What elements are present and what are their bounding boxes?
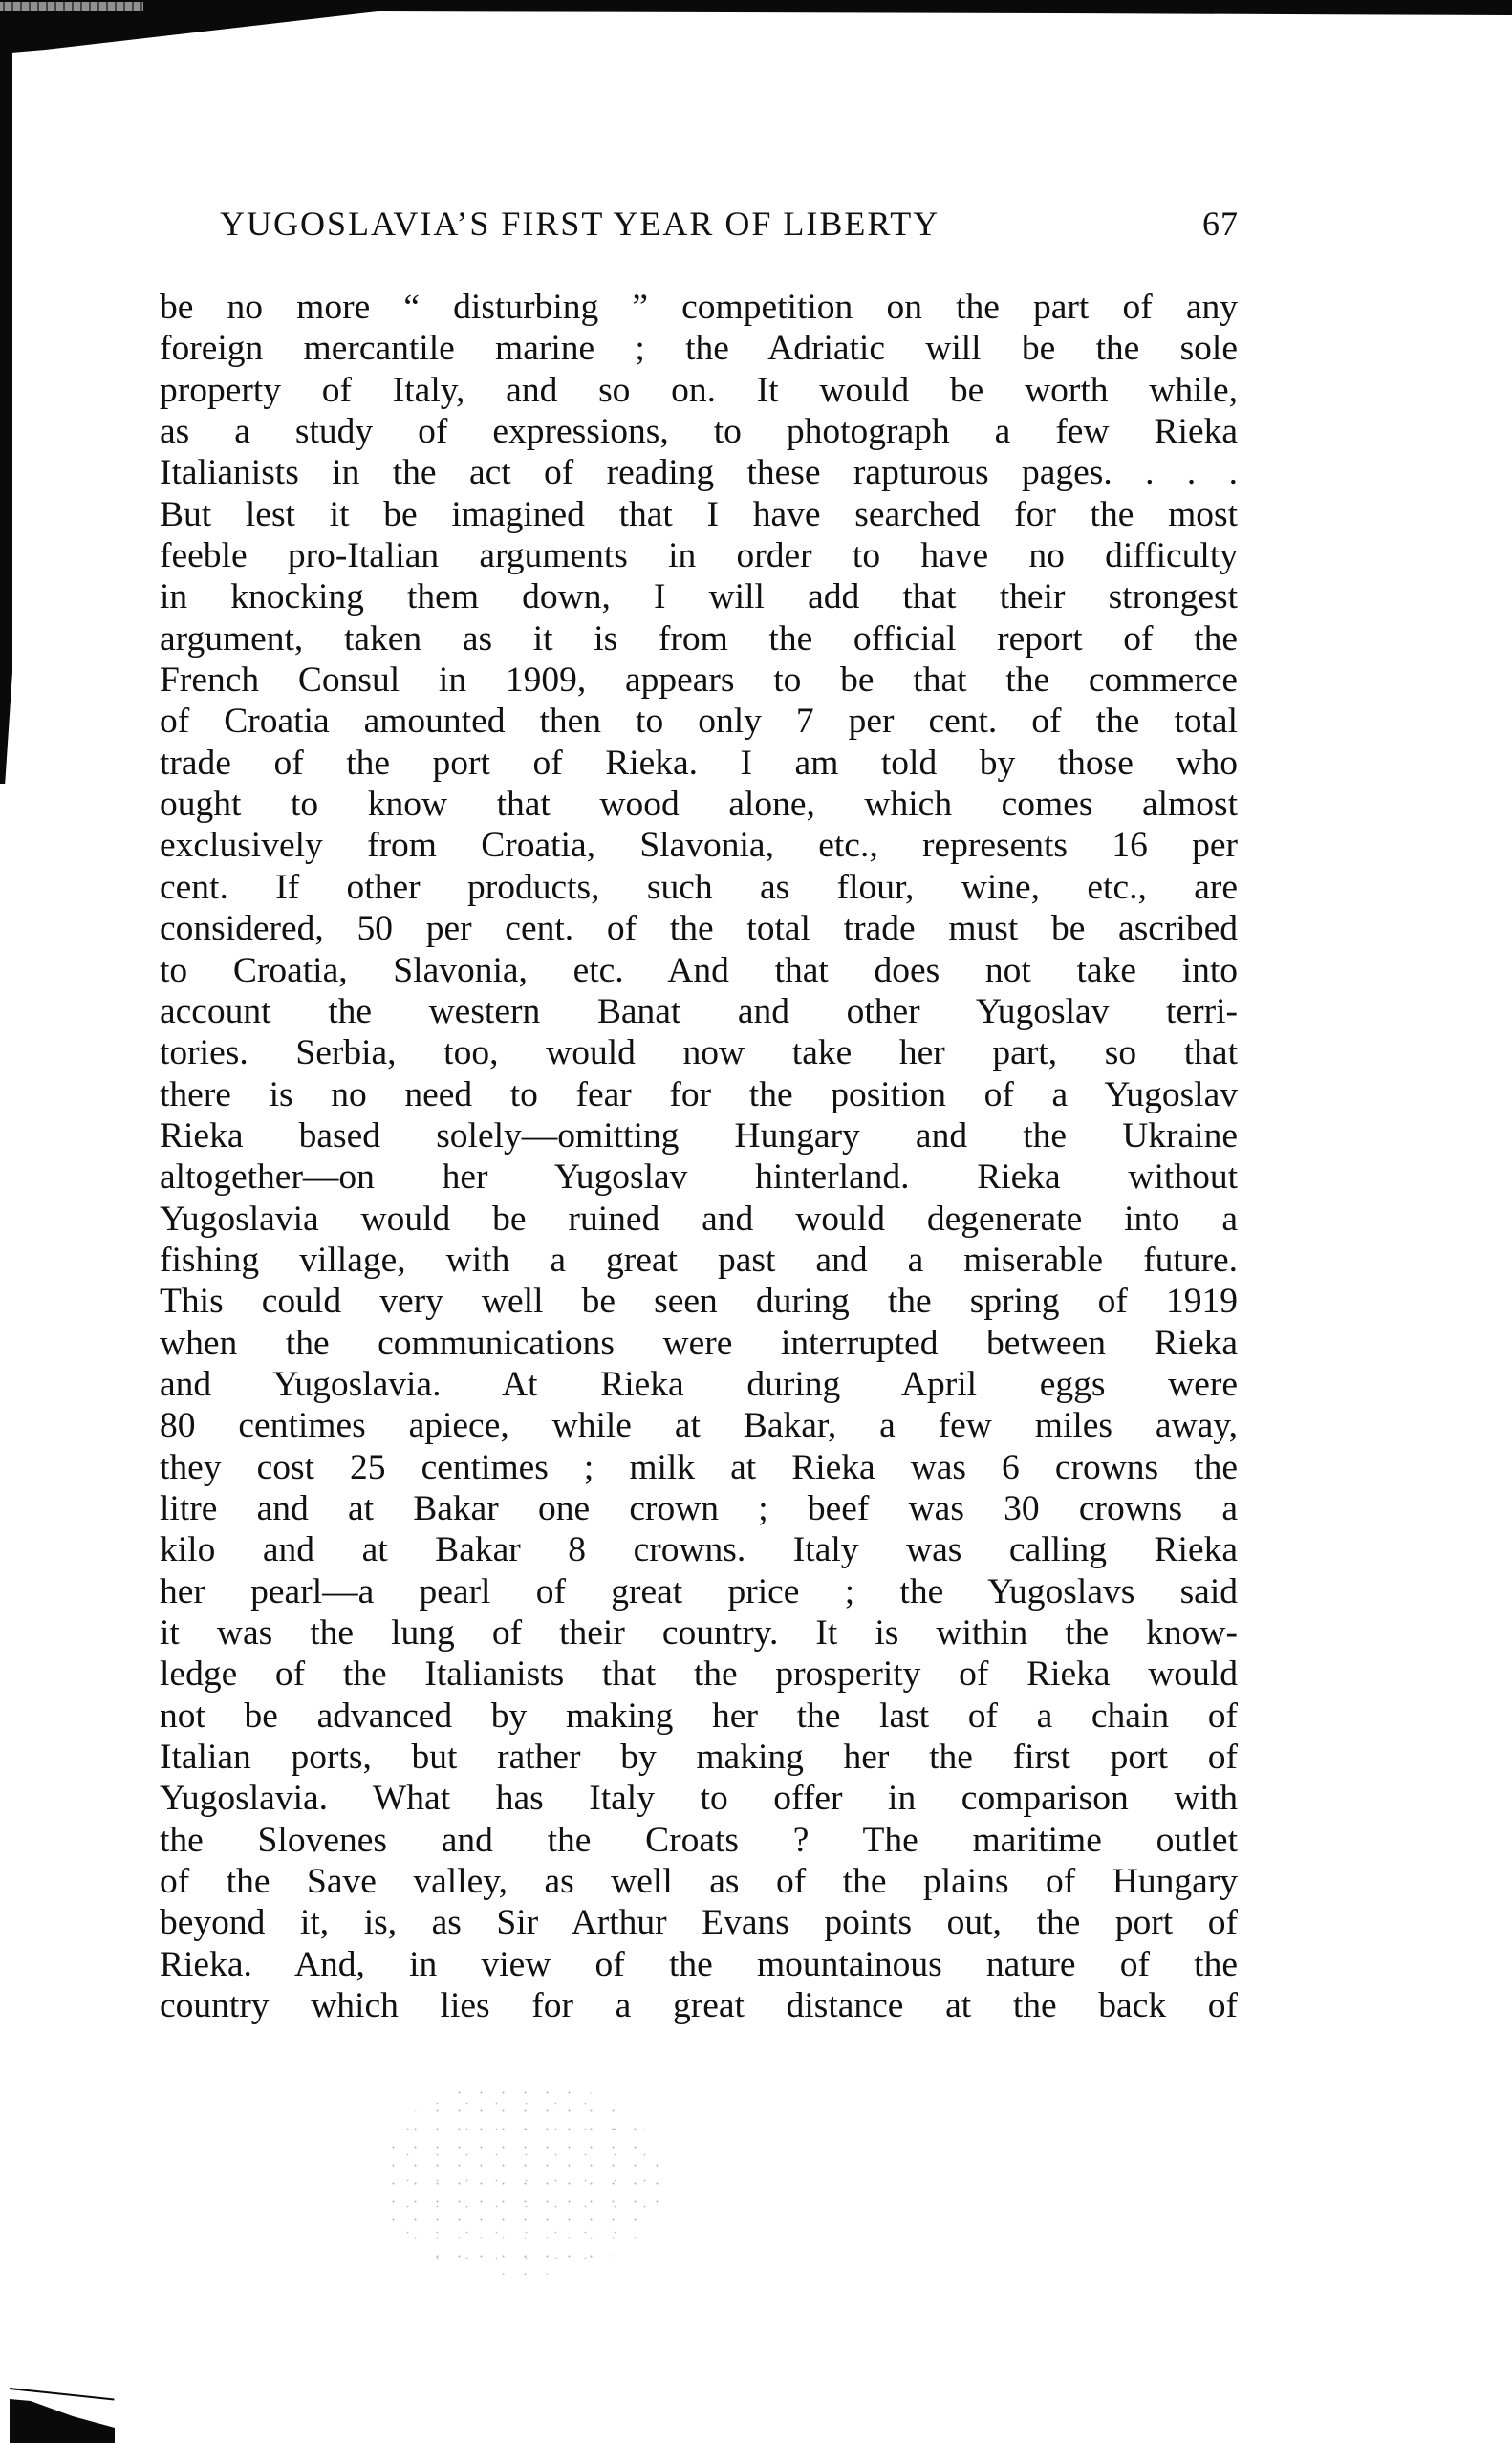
text-line: there is no need to fear for the positio… xyxy=(160,1074,1238,1115)
text-line: they cost 25 centimes ; milk at Rieka wa… xyxy=(160,1447,1238,1488)
scan-speckle xyxy=(382,2084,659,2275)
scan-noise-top xyxy=(0,2,143,11)
text-line: beyond it, is, as Sir Arthur Evans point… xyxy=(160,1902,1238,1943)
text-line: the Slovenes and the Croats ? The mariti… xyxy=(160,1820,1238,1861)
scan-edge-left xyxy=(0,38,12,784)
text-line: kilo and at Bakar 8 crowns. Italy was ca… xyxy=(160,1529,1238,1570)
text-line: when the communications were interrupted… xyxy=(160,1323,1238,1364)
text-line: exclusively from Croatia, Slavonia, etc.… xyxy=(160,825,1238,866)
text-line: be no more “ disturbing ” competition on… xyxy=(160,287,1238,328)
text-line: litre and at Bakar one crown ; beef was … xyxy=(160,1488,1238,1529)
text-line: property of Italy, and so on. It would b… xyxy=(160,370,1238,411)
text-line: considered, 50 per cent. of the total tr… xyxy=(160,908,1238,949)
text-line: Yugoslavia would be ruined and would deg… xyxy=(160,1199,1238,1240)
text-line: in knocking them down, I will add that t… xyxy=(160,576,1238,617)
text-line: country which lies for a great distance … xyxy=(160,1985,1238,2026)
text-line: Rieka. And, in view of the mountainous n… xyxy=(160,1944,1238,1985)
text-line: of Croatia amounted then to only 7 per c… xyxy=(160,701,1238,742)
text-line: ledge of the Italianists that the prospe… xyxy=(160,1654,1238,1695)
scan-edge-top xyxy=(0,0,1512,57)
text-line: account the western Banat and other Yugo… xyxy=(160,991,1238,1032)
text-line: This could very well be seen during the … xyxy=(160,1281,1238,1322)
page-number: 67 xyxy=(1202,203,1239,245)
text-line: Yugoslavia. What has Italy to offer in c… xyxy=(160,1778,1238,1819)
text-line: it was the lung of their country. It is … xyxy=(160,1612,1238,1654)
text-line: feeble pro-Italian arguments in order to… xyxy=(160,535,1238,576)
body-text: be no more “ disturbing ” competition on… xyxy=(160,287,1238,2026)
text-line: But lest it be imagined that I have sear… xyxy=(160,494,1238,535)
running-head-title: YUGOSLAVIA’S FIRST YEAR OF LIBERTY xyxy=(220,203,940,245)
text-line: as a study of expressions, to photograph… xyxy=(160,411,1238,452)
text-line: Italianists in the act of reading these … xyxy=(160,452,1238,493)
scan-edge-bottom-line xyxy=(10,2388,115,2400)
text-line: French Consul in 1909, appears to be tha… xyxy=(160,659,1238,701)
text-line: her pearl—a pearl of great price ; the Y… xyxy=(160,1571,1238,1612)
text-line: and Yugoslavia. At Rieka during April eg… xyxy=(160,1364,1238,1405)
text-line: tories. Serbia, too, would now take her … xyxy=(160,1032,1238,1073)
text-line: Italian ports, but rather by making her … xyxy=(160,1737,1238,1778)
text-line: foreign mercantile marine ; the Adriatic… xyxy=(160,328,1238,369)
text-line: not be advanced by making her the last o… xyxy=(160,1696,1238,1737)
text-line: to Croatia, Slavonia, etc. And that does… xyxy=(160,950,1238,991)
text-line: argument, taken as it is from the offici… xyxy=(160,618,1238,659)
text-line: altogether—on her Yugoslav hinterland. R… xyxy=(160,1157,1238,1198)
text-line: trade of the port of Rieka. I am told by… xyxy=(160,743,1238,784)
text-line: Rieka based solely—omitting Hungary and … xyxy=(160,1115,1238,1157)
running-head: YUGOSLAVIA’S FIRST YEAR OF LIBERTY 67 xyxy=(220,203,1239,245)
text-line: of the Save valley, as well as of the pl… xyxy=(160,1861,1238,1902)
text-line: 80 centimes apiece, while at Bakar, a fe… xyxy=(160,1405,1238,1446)
text-line: fishing village, with a great past and a… xyxy=(160,1240,1238,1281)
text-line: cent. If other products, such as flour, … xyxy=(160,867,1238,908)
text-line: ought to know that wood alone, which com… xyxy=(160,784,1238,825)
